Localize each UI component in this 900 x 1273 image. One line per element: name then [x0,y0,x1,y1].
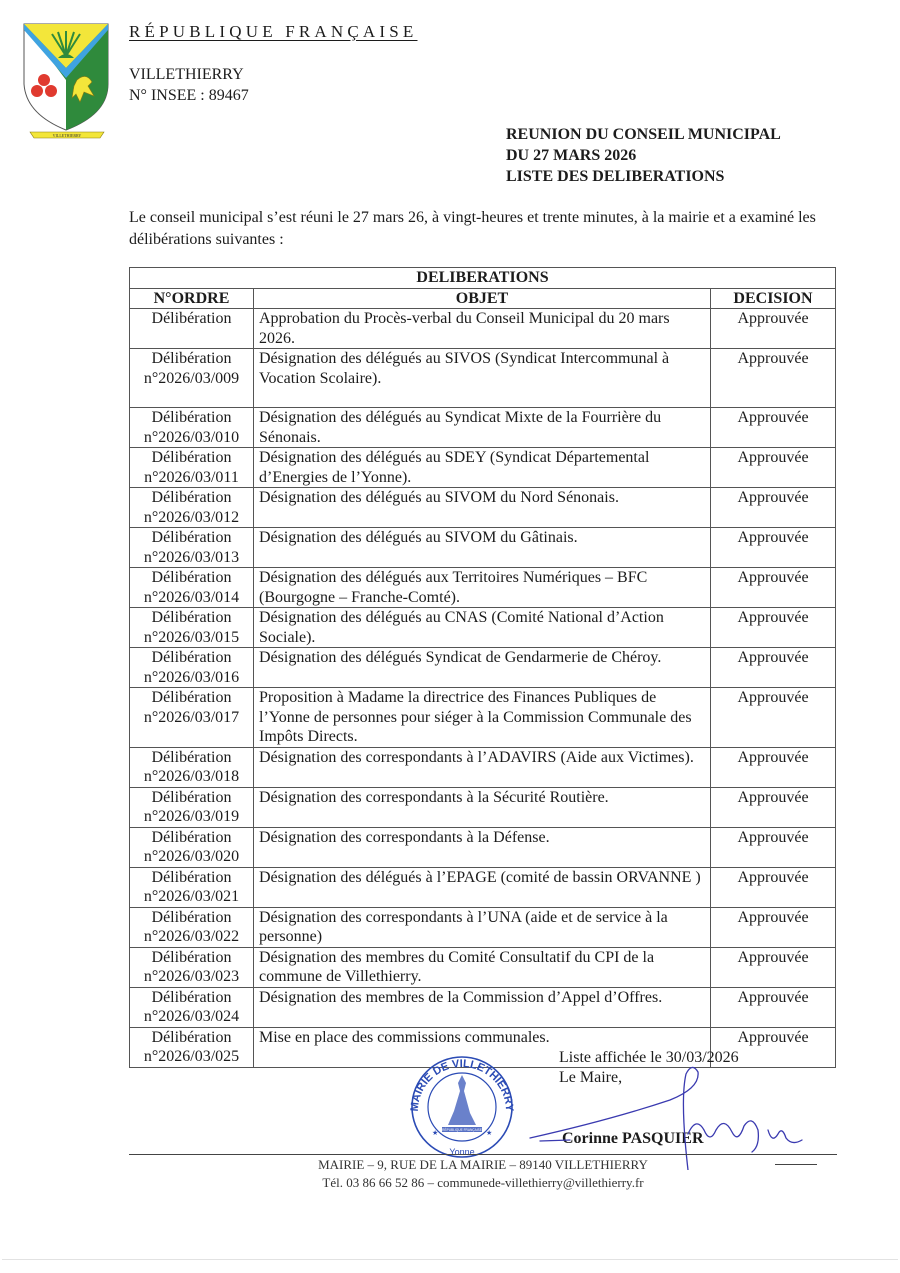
table-row: DélibérationApprobation du Procès-verbal… [130,309,836,349]
table-row: Délibérationn°2026/03/016Désignation des… [130,648,836,688]
table-row: Délibérationn°2026/03/011Désignation des… [130,448,836,488]
deliberation-number: Délibérationn°2026/03/015 [130,608,254,648]
decision-status: Approuvée [711,747,836,787]
commune-info: VILLETHIERRY N° INSEE : 89467 [129,64,249,106]
deliberation-number: Délibérationn°2026/03/021 [130,867,254,907]
deliberation-number-line: Délibération [135,828,248,848]
deliberation-number: Délibérationn°2026/03/010 [130,408,254,448]
meeting-title-line1: REUNION DU CONSEIL MUNICIPAL [506,124,781,145]
deliberation-number: Délibération [130,309,254,349]
deliberation-number: Délibérationn°2026/03/014 [130,568,254,608]
deliberation-subject: Désignation des délégués au SIVOM du Gât… [254,528,711,568]
table-row: Délibérationn°2026/03/009Désignation des… [130,349,836,408]
deliberation-number-line: Délibération [135,349,248,369]
deliberation-number: Délibérationn°2026/03/022 [130,907,254,947]
deliberation-number-line: Délibération [135,488,248,508]
deliberation-subject: Désignation des délégués au SIVOS (Syndi… [254,349,711,408]
deliberation-number: Délibérationn°2026/03/009 [130,349,254,408]
decision-status: Approuvée [711,987,836,1027]
deliberation-number-line: Délibération [135,648,248,668]
intro-paragraph: Le conseil municipal s’est réuni le 27 m… [129,207,841,251]
decision-status: Approuvée [711,907,836,947]
mairie-stamp-icon: MAIRIE DE VILLETHIERRY RÉPUBLIQUE FRANÇA… [404,1055,520,1159]
deliberation-number-line: n°2026/03/010 [135,428,248,448]
deliberation-subject: Désignation des correspondants à l’ADAVI… [254,747,711,787]
deliberation-number-line: n°2026/03/020 [135,847,248,867]
deliberation-number-line: n°2026/03/023 [135,967,248,987]
deliberation-subject: Désignation des délégués au SDEY (Syndic… [254,448,711,488]
deliberation-number-line: Délibération [135,448,248,468]
deliberation-number: Délibérationn°2026/03/023 [130,947,254,987]
meeting-subtitle: LISTE DES DELIBERATIONS [506,166,781,187]
deliberation-number: Délibérationn°2026/03/020 [130,827,254,867]
deliberation-number-line: n°2026/03/014 [135,588,248,608]
deliberations-table: DELIBERATIONS N°ORDRE OBJET DECISION Dél… [129,267,836,1068]
deliberation-number-line: Délibération [135,948,248,968]
decision-status: Approuvée [711,488,836,528]
decision-status: Approuvée [711,827,836,867]
table-row: Délibérationn°2026/03/020Désignation des… [130,827,836,867]
deliberation-number-line: Délibération [135,528,248,548]
deliberation-subject: Désignation des correspondants à la Sécu… [254,787,711,827]
deliberation-number-line: Délibération [135,1028,248,1048]
footer-address: MAIRIE – 9, RUE DE LA MAIRIE – 89140 VIL… [129,1156,837,1174]
deliberation-number-line: n°2026/03/012 [135,508,248,528]
deliberation-number-line: n°2026/03/024 [135,1007,248,1027]
deliberation-number-line: Délibération [135,309,248,329]
deliberation-number-line: Délibération [135,748,248,768]
deliberation-number: Délibérationn°2026/03/017 [130,688,254,748]
decision-status: Approuvée [711,448,836,488]
deliberation-number: Délibérationn°2026/03/011 [130,448,254,488]
table-row: Délibérationn°2026/03/013Désignation des… [130,528,836,568]
decision-status: Approuvée [711,787,836,827]
insee-code: N° INSEE : 89467 [129,85,249,106]
deliberation-number-line: Délibération [135,608,248,628]
deliberation-number: Délibérationn°2026/03/019 [130,787,254,827]
page-bottom-edge [2,1259,898,1260]
decision-status: Approuvée [711,309,836,349]
table-row: Délibérationn°2026/03/012Désignation des… [130,488,836,528]
decision-status: Approuvée [711,528,836,568]
commune-name: VILLETHIERRY [129,64,249,85]
meeting-date: DU 27 MARS 2026 [506,145,781,166]
table-row: Délibérationn°2026/03/019Désignation des… [130,787,836,827]
table-row: Délibérationn°2026/03/015Désignation des… [130,608,836,648]
svg-text:VILLETHIERRY: VILLETHIERRY [53,133,82,138]
deliberation-number-line: n°2026/03/025 [135,1047,248,1067]
decision-status: Approuvée [711,947,836,987]
svg-text:★: ★ [432,1129,438,1137]
footer: MAIRIE – 9, RUE DE LA MAIRIE – 89140 VIL… [129,1156,837,1192]
footer-divider [129,1154,837,1155]
deliberation-subject: Désignation des correspondants à l’UNA (… [254,907,711,947]
deliberation-number-line: n°2026/03/009 [135,369,248,389]
decision-status: Approuvée [711,568,836,608]
deliberation-number-line: Délibération [135,988,248,1008]
deliberation-number: Délibérationn°2026/03/024 [130,987,254,1027]
deliberation-number-line: n°2026/03/018 [135,767,248,787]
table-row: Délibérationn°2026/03/024Désignation des… [130,987,836,1027]
table-row: Délibérationn°2026/03/010Désignation des… [130,408,836,448]
deliberation-number-line: Délibération [135,868,248,888]
deliberation-subject: Désignation des membres de la Commission… [254,987,711,1027]
deliberation-number-line: n°2026/03/022 [135,927,248,947]
deliberation-subject: Désignation des membres du Comité Consul… [254,947,711,987]
deliberation-subject: Désignation des délégués au SIVOM du Nor… [254,488,711,528]
republic-heading: RÉPUBLIQUE FRANÇAISE [129,22,418,42]
table-row: Délibérationn°2026/03/018Désignation des… [130,747,836,787]
decision-status: Approuvée [711,648,836,688]
deliberation-subject: Désignation des délégués au CNAS (Comité… [254,608,711,648]
deliberation-subject: Désignation des délégués Syndicat de Gen… [254,648,711,688]
deliberation-subject: Désignation des correspondants à la Défe… [254,827,711,867]
table-row: Délibérationn°2026/03/022Désignation des… [130,907,836,947]
table-row: Délibérationn°2026/03/023Désignation des… [130,947,836,987]
deliberation-number-line: n°2026/03/013 [135,548,248,568]
decision-status: Approuvée [711,608,836,648]
deliberation-number-line: n°2026/03/017 [135,708,248,728]
deliberation-subject: Désignation des délégués au Syndicat Mix… [254,408,711,448]
deliberation-number-line: n°2026/03/016 [135,668,248,688]
deliberation-number-line: n°2026/03/021 [135,887,248,907]
table-title: DELIBERATIONS [130,268,836,289]
deliberation-number-line: n°2026/03/015 [135,628,248,648]
svg-text:★: ★ [486,1129,492,1137]
footer-contact: Tél. 03 86 66 52 86 – communede-villethi… [129,1174,837,1192]
deliberation-subject: Désignation des délégués aux Territoires… [254,568,711,608]
deliberation-number-line: Délibération [135,408,248,428]
decision-status: Approuvée [711,408,836,448]
commune-crest-icon: VILLETHIERRY [22,22,112,140]
decision-status: Approuvée [711,867,836,907]
deliberation-number: Délibérationn°2026/03/018 [130,747,254,787]
deliberation-subject: Désignation des délégués à l’EPAGE (comi… [254,867,711,907]
column-header-objet: OBJET [254,289,711,309]
deliberation-number: Délibérationn°2026/03/013 [130,528,254,568]
deliberation-number-line: n°2026/03/019 [135,807,248,827]
column-header-ordre: N°ORDRE [130,289,254,309]
table-row: Délibérationn°2026/03/021Désignation des… [130,867,836,907]
svg-text:RÉPUBLIQUE FRANÇAISE: RÉPUBLIQUE FRANÇAISE [442,1127,482,1132]
decision-status: Approuvée [711,688,836,748]
deliberation-number-line: n°2026/03/011 [135,468,248,488]
deliberation-number-line: Délibération [135,568,248,588]
decision-status: Approuvée [711,349,836,408]
table-row: Délibérationn°2026/03/014Désignation des… [130,568,836,608]
deliberation-number-line: Délibération [135,908,248,928]
deliberation-number-line: Délibération [135,788,248,808]
deliberation-number-line: Délibération [135,688,248,708]
deliberation-number: Délibérationn°2026/03/012 [130,488,254,528]
column-header-decision: DECISION [711,289,836,309]
meeting-title: REUNION DU CONSEIL MUNICIPAL DU 27 MARS … [506,124,781,187]
deliberation-subject: Proposition à Madame la directrice des F… [254,688,711,748]
deliberation-subject: Approbation du Procès-verbal du Conseil … [254,309,711,349]
table-row: Délibérationn°2026/03/017Proposition à M… [130,688,836,748]
deliberation-number: Délibérationn°2026/03/025 [130,1027,254,1067]
deliberation-number: Délibérationn°2026/03/016 [130,648,254,688]
